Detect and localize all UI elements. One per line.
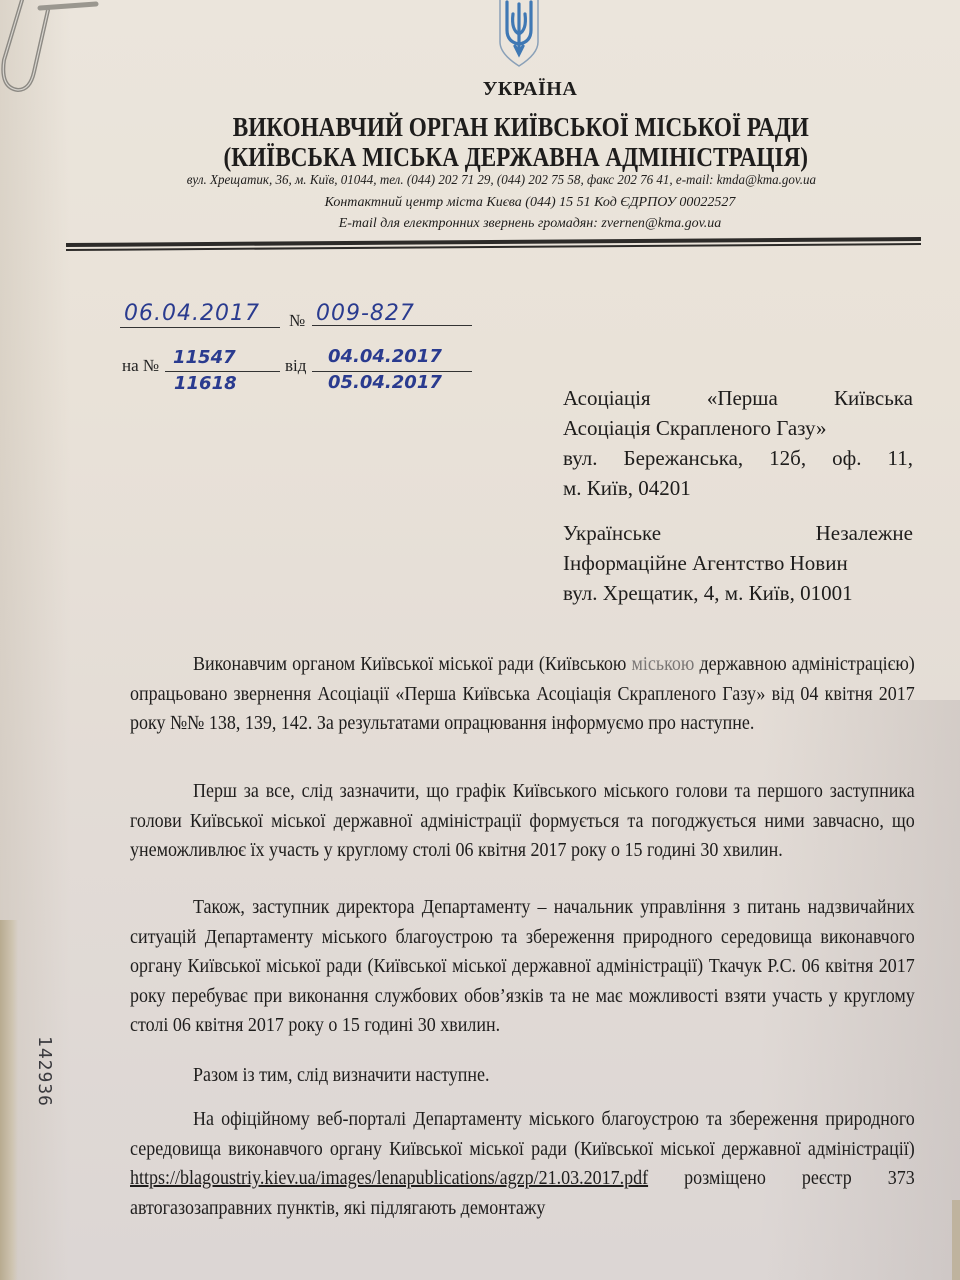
from-date-label: від	[285, 356, 306, 376]
addressee-line: вул. Бережанська, 12б, оф. 11,	[563, 443, 913, 473]
addressee-news-agency: Українське Незалежне Інформаційне Агентс…	[563, 518, 913, 608]
outgoing-date: 06.04.2017	[124, 301, 260, 326]
reply-number-underline	[165, 371, 280, 372]
addressee-line: Українське Незалежне	[563, 518, 913, 548]
outgoing-number: 009-827	[316, 301, 415, 326]
letter-paragraph-3: Також, заступник директора Департаменту …	[130, 893, 915, 1041]
number-underline	[312, 325, 472, 326]
reply-number-1: 11547	[173, 347, 236, 368]
organization-address: вул. Хрещатик, 36, м. Київ, 01044, тел. …	[55, 173, 948, 189]
addressee-line: Асоціація Скрапленого Газу»	[563, 413, 913, 443]
registry-pdf-link[interactable]: https://blagoustriy.kiev.ua/images/lenap…	[130, 1167, 648, 1189]
reply-date-2: 05.04.2017	[328, 372, 442, 393]
reply-number-2: 11618	[174, 373, 237, 394]
reply-number-label: на №	[122, 356, 159, 376]
margin-registration-stamp: 142936	[34, 1036, 55, 1107]
header-divider	[66, 243, 921, 253]
addressee-association: Асоціація «Перша Київська Асоціація Скра…	[563, 383, 913, 503]
organization-subtitle: (КИЇВСЬКА МІСЬКА ДЕРЖАВНА АДМІНІСТРАЦІЯ)	[60, 142, 960, 173]
organization-name: ВИКОНАВЧИЙ ОРГАН КИЇВСЬКОЇ МІСЬКОЇ РАДИ	[65, 112, 960, 143]
organization-contact-center: Контактний центр міста Києва (044) 15 51…	[50, 195, 960, 211]
letter-paragraph-5: На офіційному веб-порталі Департаменту м…	[130, 1105, 915, 1223]
desk-edge	[0, 920, 18, 1280]
desk-edge-right	[952, 1200, 960, 1280]
reply-date-1: 04.04.2017	[328, 346, 442, 367]
addressee-line: м. Київ, 04201	[563, 473, 913, 503]
country-heading: УКРАЇНА	[0, 78, 960, 101]
letter-paragraph-1: Виконавчим органом Київської міської рад…	[130, 650, 915, 739]
organization-citizen-email: E-mail для електронних звернень громадян…	[50, 216, 960, 232]
number-label: №	[289, 311, 305, 331]
trident-coat-of-arms-icon	[497, 0, 541, 68]
addressee-line: Інформаційне Агентство Новин	[563, 548, 913, 578]
letter-paragraph-4: Разом із тим, слід визначити наступне.	[130, 1061, 915, 1091]
addressee-line: вул. Хрещатик, 4, м. Київ, 01001	[563, 578, 913, 608]
date-underline	[120, 327, 280, 328]
addressee-line: Асоціація «Перша Київська	[563, 383, 913, 413]
letter-paragraph-2: Перш за все, слід зазначити, що графік К…	[130, 777, 915, 866]
